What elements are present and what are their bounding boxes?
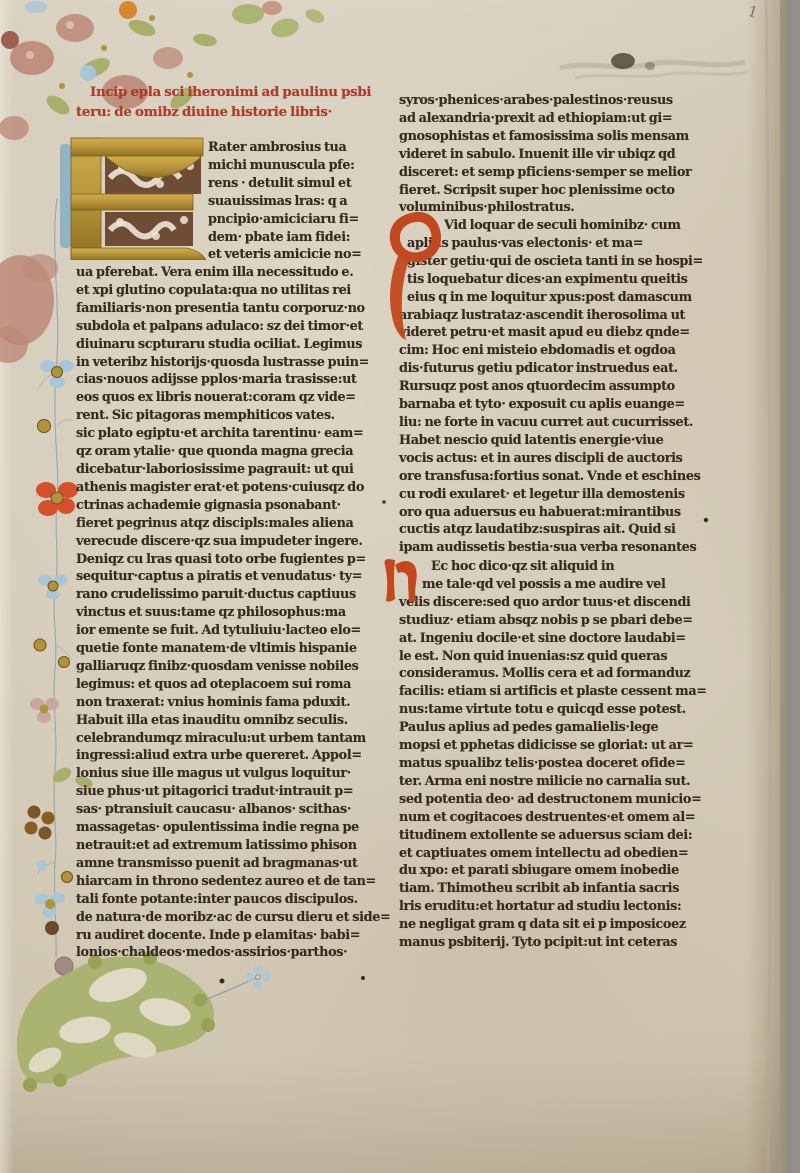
text-line: num et cogitacoes destruentes·et omem al…	[399, 809, 747, 827]
text-line: fieret pegrinus atqz discipls:males alie…	[76, 515, 388, 533]
text-line: tis loquebatur dices·an expimentu queiti…	[399, 271, 747, 289]
text-line: legimus: et quos ad oteplacoem sui roma	[76, 676, 388, 694]
text-line: sas· ptransiuit caucasu· albanos· scitha…	[76, 801, 388, 819]
text-line: arabiaqz lustrataz·ascendit iherosolima …	[399, 307, 747, 325]
text-line: cuctis atqz laudatibz:suspiras ait. Quid…	[399, 521, 747, 539]
text-line: rent. Sic pitagoras memphiticos vates.	[76, 407, 388, 425]
text-line: Incip epla sci iheronimi ad paulinu psbi	[76, 83, 386, 103]
text-line: tali fonte potante:inter paucos discipul…	[76, 891, 388, 909]
text-line: le est. Non quid inuenias:sz quid queras	[399, 648, 747, 666]
right-column-top-text: syros·phenices·arabes·palestinos·reususa…	[399, 92, 747, 217]
text-line: suauissimas lras: q a	[208, 193, 386, 211]
text-line: Deniqz cu lras quasi toto orbe fugientes…	[76, 551, 388, 569]
text-line: videret petru·et masit apud eu diebz qnd…	[399, 324, 747, 342]
text-line: ore transfusa:fortius sonat. Vnde et esc…	[399, 468, 747, 486]
text-line: Ec hoc dico·qz sit aliquid in	[399, 558, 747, 576]
text-line: velis discere:sed quo ardor tuus·et disc…	[399, 594, 747, 612]
text-line: non traxerat: vnius hominis fama pduxit.	[76, 694, 388, 712]
text-line: Rursuqz post anos qtuordecim assumpto	[399, 378, 747, 396]
text-line: michi munuscula pfe:	[208, 157, 386, 175]
text-line: cim: Hoc eni misteio ebdomadis et ogdoa	[399, 342, 747, 360]
text-line: gnosophistas et famosissima solis mensam	[399, 128, 747, 146]
text-line: ingressi:aliud extra urbe quereret. Appo…	[76, 747, 388, 765]
text-line: Habuit illa etas inauditu omnibz seculis…	[76, 712, 388, 730]
text-line: celebrandumqz miraculu:ut urbem tantam	[76, 730, 388, 748]
text-line: syros·phenices·arabes·palestinos·reusus	[399, 92, 747, 110]
text-line: sed potentia deo· ad destructonem munici…	[399, 791, 747, 809]
text-line: aplius paulus·vas electonis· et ma=	[399, 235, 747, 253]
text-line: cias·nouos adijsse pplos·maria trasisse:…	[76, 371, 388, 389]
text-line: voluminibus·philostratus.	[399, 199, 747, 217]
text-line: mopsi et pphetas didicisse se gloriat: u…	[399, 737, 747, 755]
text-line: barnaba et tyto· exposuit cu aplis euang…	[399, 396, 747, 414]
text-line: sequitur·captus a piratis et venudatus· …	[76, 568, 388, 586]
text-line: quetie fonte manatem·de vltimis hispanie	[76, 640, 388, 658]
text-line: pncipio·amiciciaru fi=	[208, 211, 386, 229]
text-line: liu: ne forte in vacuu curret aut cucurr…	[399, 414, 747, 432]
text-line: studiuz· etiam absqz nobis p se pbari de…	[399, 612, 747, 630]
text-line: lonius siue ille magus ut vulgus loquitu…	[76, 765, 388, 783]
text-line: ter. Arma eni nostre milicie no carnalia…	[399, 773, 747, 791]
rubric-incipit: Incip epla sci iheronimi ad paulinu psbi…	[76, 83, 386, 122]
text-line: et veteris amicicie no=	[208, 246, 386, 264]
right-column-q-paragraph: Vid loquar de seculi hominibz· cumaplius…	[399, 217, 747, 557]
text-line: ru audiret docente. Inde p elamitas· bab…	[76, 927, 388, 945]
text-line: in veteribz historijs·quosda lustrasse p…	[76, 354, 388, 372]
text-line: oro qua aduersus eu habuerat:mirantibus	[399, 504, 747, 522]
text-line: rens · detulit simul et	[208, 175, 386, 193]
text-line: ctrinas achademie gignasia psonabant·	[76, 497, 388, 515]
text-line: dem· pbate iam fidei:	[208, 229, 386, 247]
text-line: manus psbiterij. Tyto pcipit:ut int cete…	[399, 934, 747, 952]
text-line: vinctus et suus:tame qz philosophus:ma	[76, 604, 388, 622]
text-line: qz oram ytalie· que quonda magna grecia	[76, 443, 388, 461]
text-line: massagetas· opulentissima indie regna pe	[76, 819, 388, 837]
text-line: vocis actus: et in aures discipli de auc…	[399, 450, 747, 468]
text-line: lonios·chaldeos·medos·assirios·parthos·	[76, 944, 388, 962]
text-line: teru: de omibz diuine historie libris·	[76, 103, 386, 123]
text-line: hiarcam in throno sedentez aureo et de t…	[76, 873, 388, 891]
text-line: galliaruqz finibz·quosdam venisse nobile…	[76, 658, 388, 676]
text-line: sic plato egiptu·et archita tarentinu· e…	[76, 425, 388, 443]
scan-background-edge	[780, 0, 800, 1173]
text-line: ipam audissetis bestia·sua verba resonan…	[399, 539, 747, 557]
text-line: matus spualibz telis·postea doceret ofid…	[399, 755, 747, 773]
text-line: Habet nescio quid latentis energie·viue	[399, 432, 747, 450]
text-line: Paulus aplius ad pedes gamalielis·lege	[399, 719, 747, 737]
text-line: eos quos ex libris nouerat:coram qz vide…	[76, 389, 388, 407]
text-line: siue phus·ut pitagorici tradut·intrauit …	[76, 783, 388, 801]
text-line: cu rodi exularet· et legetur illa demost…	[399, 486, 747, 504]
text-line: nus:tame virtute totu e quicqd esse pote…	[399, 701, 747, 719]
right-column-n-paragraph: Ec hoc dico·qz sit aliquid inme tale·qd …	[399, 558, 747, 952]
text-line: eius q in me loquitur xpus:post damascum	[399, 289, 747, 307]
left-column-text: ua pferebat. Vera enim illa necessitudo …	[76, 264, 388, 962]
text-line: dis·futurus getiu pdicator instruedus ea…	[399, 360, 747, 378]
text-line: at. Ingeniu docile·et sine doctore lauda…	[399, 630, 747, 648]
text-line: me tale·qd vel possis a me audire vel	[399, 576, 747, 594]
text-line: dicebatur·laboriosissime pagrauit: ut qu…	[76, 461, 388, 479]
text-line: consideramus. Mollis cera et ad formandu…	[399, 665, 747, 683]
text-line: gister getiu·qui de oscieta tanti in se …	[399, 253, 747, 271]
text-line: de natura·de moribz·ac de cursu dieru et…	[76, 909, 388, 927]
text-line: ne negligat gram q data sit ei p imposic…	[399, 916, 747, 934]
text-line: subdola et palpans adulaco: sz dei timor…	[76, 318, 388, 336]
text-line: athenis magister erat·et potens·cuiusqz …	[76, 479, 388, 497]
text-line: titudinem extollente se aduersus sciam d…	[399, 827, 747, 845]
text-line: netrauit:et ad extremum latissimo phison	[76, 837, 388, 855]
left-column-beside-initial: Rater ambrosius tuamichi munuscula pfe:r…	[208, 139, 386, 264]
text-line: ua pferebat. Vera enim illa necessitudo …	[76, 264, 388, 282]
text-line: tiam. Thimotheu scribit ab infantia sacr…	[399, 880, 747, 898]
text-line: amne transmisso puenit ad bragmanas·ut	[76, 855, 388, 873]
text-line: disceret: et semp pficiens·semper se mel…	[399, 164, 747, 182]
text-line: videret in sabulo. Inuenit ille vir ubiq…	[399, 146, 747, 164]
text-line: lris eruditu:et hortatur ad studiu lecto…	[399, 898, 747, 916]
text-line: fieret. Scripsit super hoc plenissime oc…	[399, 182, 747, 200]
text-line: verecude discere·qz sua impudeter ingere…	[76, 533, 388, 551]
manuscript-scan: Incip epla sci iheronimi ad paulinu psbi…	[0, 0, 800, 1173]
text-line: Rater ambrosius tua	[208, 139, 386, 157]
text-line: Vid loquar de seculi hominibz· cum	[399, 217, 747, 235]
text-line: du xpo: et parati sbiugare omem inobedie	[399, 862, 747, 880]
text-line: ior emente se fuit. Ad tytuliuiu·lacteo …	[76, 622, 388, 640]
text-line: familiaris·non presentia tantu corporuz·…	[76, 300, 388, 318]
text-line: diuinaru scpturaru studia ociliat. Legim…	[76, 336, 388, 354]
text-line: facilis: etiam si artificis et plaste ce…	[399, 683, 747, 701]
text-line: et xpi glutino copulata:qua no utilitas …	[76, 282, 388, 300]
text-line: ad alexandria·prexit ad ethiopiam:ut gi=	[399, 110, 747, 128]
text-line: et captiuates omem intellectu ad obedien…	[399, 845, 747, 863]
text-line: rano crudelissimo paruit·ductus captiuus	[76, 586, 388, 604]
